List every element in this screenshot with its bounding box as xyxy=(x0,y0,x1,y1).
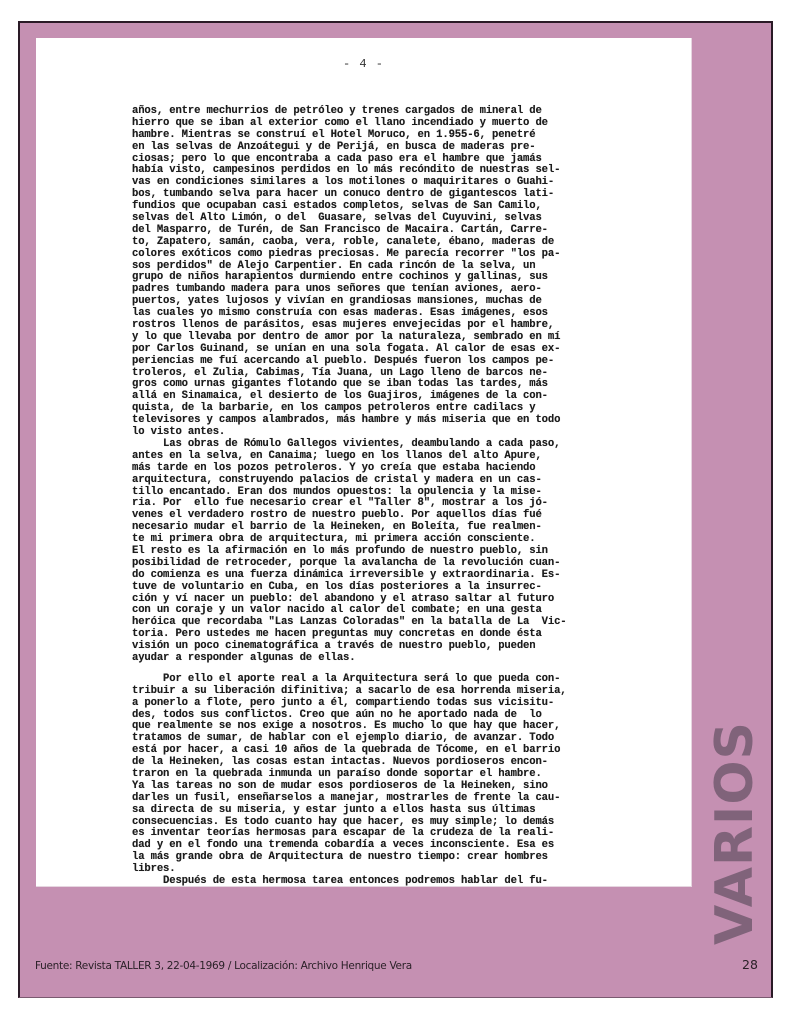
text-line: to, Zapatero, samán, caoba, vera, roble,… xyxy=(132,237,652,249)
paragraph: Por ello el aporte real a la Arquitectur… xyxy=(132,674,652,888)
scanned-typescript-page: - 4 - años, entre mechurrios de petróleo… xyxy=(36,38,692,887)
text-line: posibilidad de retroceder, porque la ava… xyxy=(132,558,652,570)
text-line: en las selvas de Anzoátegui y de Perijá,… xyxy=(132,142,652,154)
text-line: Ya las tareas no son de mudar esos pordi… xyxy=(132,781,652,793)
footer-source-credit: Fuente: Revista TALLER 3, 22-04-1969 / L… xyxy=(35,960,412,972)
paragraph: Las obras de Rómulo Gallegos vivientes, … xyxy=(132,439,652,665)
text-line: sa directa de su miseria, y estar junto … xyxy=(132,805,652,817)
section-label: VARIOS xyxy=(700,710,770,955)
text-line: por Carlos Guinand, se unían en una sola… xyxy=(132,344,652,356)
text-line: hambre. Mientras se construí el Hotel Mo… xyxy=(132,130,652,142)
text-line: más tarde en los pozos petroleros. Y yo … xyxy=(132,463,652,475)
typed-page-number: - 4 - xyxy=(36,57,691,71)
text-line: do comienza es una fuerza dinámica irrev… xyxy=(132,570,652,582)
text-line: tuve de voluntario en Cuba, en los días … xyxy=(132,582,652,594)
text-line: arquitectura, construyendo palacios de c… xyxy=(132,475,652,487)
text-line: tribuir a su liberación difinitiva; a sa… xyxy=(132,686,652,698)
text-line: ayudar a responder algunas de ellas. xyxy=(132,653,652,665)
text-line: periencias me fuí acercando al pueblo. D… xyxy=(132,356,652,368)
typescript-body: años, entre mechurrios de petróleo y tre… xyxy=(132,106,652,888)
text-line: colores exóticos como piedras preciosas.… xyxy=(132,249,652,261)
text-line: a ponerlo a flote, pero junto a él, comp… xyxy=(132,698,652,710)
text-line: la más grande obra de Arquitectura de nu… xyxy=(132,852,652,864)
section-label-text: VARIOS xyxy=(705,720,765,944)
footer-page-number: 28 xyxy=(742,957,758,972)
text-line: darles un fusil, enseñarselos a manejar,… xyxy=(132,793,652,805)
paragraph: años, entre mechurrios de petróleo y tre… xyxy=(132,106,652,439)
text-line: hierro que se iban al exterior como el l… xyxy=(132,118,652,130)
text-line: Después de esta hermosa tarea entonces p… xyxy=(132,876,652,888)
text-line: antes en la selva, en Canaima; luego en … xyxy=(132,451,652,463)
text-line: Por ello el aporte real a la Arquitectur… xyxy=(132,674,652,686)
text-line: del Masparro, de Turén, de San Francisco… xyxy=(132,225,652,237)
